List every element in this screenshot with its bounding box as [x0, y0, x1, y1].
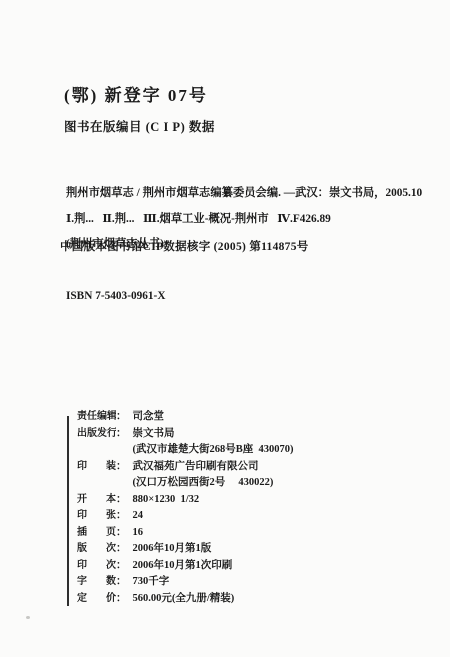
colophon-row-colon: ： [116, 409, 127, 426]
colophon-row-colon: ： [116, 574, 127, 591]
colophon-row-colon: ： [116, 525, 127, 542]
colophon-row-colon: ： [116, 459, 127, 476]
colophon-row-label: 字数 [77, 574, 116, 591]
colophon-row-label: 插页 [77, 525, 116, 542]
cip-entry-block: 荆州市烟草志 / 荆州市烟草志编纂委员会编. —武汉：崇文书局，2005.10 … [66, 150, 422, 323]
colophon-row-value: 武汉福苑广告印刷有限公司 [133, 459, 259, 476]
register-number-line: (鄂) 新登字 07号 [64, 81, 208, 106]
colophon-row-label: 印张 [77, 508, 116, 525]
colophon-row-value: 2006年10月第1版 [133, 541, 212, 558]
scan-noise-speck [26, 616, 30, 619]
colophon-row-value: 司念堂 [133, 409, 165, 426]
colophon-block: 责任编辑：司念堂 出版发行：崇文书局 ：(武汉市雄楚大街268号B座 43007… [0, 409, 450, 607]
copyright-page: { "document": { "register_line": "(鄂) 新登… [0, 0, 450, 657]
cip-record-number-line: 中国版本图书馆CIP数据核字 (2005) 第114875号 [60, 238, 309, 254]
colophon-row-value: (武汉市雄楚大街268号B座 430070) [133, 442, 294, 459]
colophon-row-colon: ： [116, 558, 127, 575]
colophon-row-label: 责任编辑 [77, 409, 116, 426]
cip-entry-isbn-line: ISBN 7-5403-0961-X [66, 288, 422, 305]
colophon-row-value: 560.00元(全九册/精装) [133, 591, 235, 608]
cip-entry-title-line: 荆州市烟草志 / 荆州市烟草志编纂委员会编. —武汉：崇文书局，2005.10 [66, 185, 422, 202]
cip-classification-line: Ⅰ.荆... Ⅱ.荆... Ⅲ.烟草工业-概况-荆州市 Ⅳ.F426.89 [66, 210, 331, 226]
colophon-row-label: 出版发行 [77, 426, 116, 443]
colophon-row-label: 开本 [77, 492, 116, 509]
colophon-row-value: 崇文书局 [133, 426, 175, 443]
colophon-left-rule [67, 416, 69, 606]
colophon-row-colon: ： [116, 492, 127, 509]
colophon-row-label: 印次 [77, 558, 116, 575]
colophon-row-colon: ： [116, 426, 127, 443]
colophon-row-value: 24 [133, 508, 144, 525]
colophon-row-value: (汉口万松园西街2号 430022) [133, 475, 274, 492]
cip-heading: 图书在版编目 (C I P) 数据 [64, 117, 215, 135]
colophon-row-value: 730千字 [133, 574, 170, 591]
colophon-row-label: 定价 [77, 591, 116, 608]
colophon-row-value: 16 [133, 525, 144, 542]
colophon-row-colon: ： [116, 591, 127, 608]
colophon-row-label: 印装 [77, 459, 116, 476]
colophon-row-value: 2006年10月第1次印刷 [133, 558, 233, 575]
colophon-row-colon: ： [116, 541, 127, 558]
colophon-row-label: 版次 [77, 541, 116, 558]
colophon-row-value: 880×1230 1/32 [133, 492, 200, 509]
colophon-row-colon: ： [116, 508, 127, 525]
